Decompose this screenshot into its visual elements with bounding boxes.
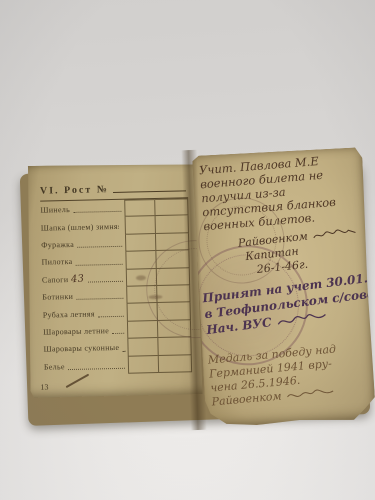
page-number: 13 xyxy=(40,383,48,392)
handwritten-size: 43 xyxy=(71,273,85,285)
handwritten-signature-block: Райвоенком Капитан 26-1-46г. xyxy=(237,224,360,278)
handwritten-medal-note: Медаль за победу над Германией 1941 вру-… xyxy=(207,343,340,410)
section-title: VI. Рост № xyxy=(40,184,109,197)
signature-flourish-icon xyxy=(285,386,336,402)
handwritten-registration-note: Принят на учет 30.01.46 в Теофипольском … xyxy=(202,267,375,338)
table-row: Белье xyxy=(44,355,192,376)
clothing-size-table: Шинель Шапка (шлем) зимняя Фуражка Пилот… xyxy=(40,198,192,375)
pen-slash-mark xyxy=(66,373,89,387)
right-page: Учит. Павлова М.Е военного билета не пол… xyxy=(192,147,375,428)
header-blank-line xyxy=(113,190,186,193)
left-page: VI. Рост № Шинель Шапка (шлем) зимняя Фу… xyxy=(25,162,202,398)
handwritten-note-no-id-issued: Учит. Павлова М.Е военного билета не пол… xyxy=(199,153,338,233)
photo-background: VI. Рост № Шинель Шапка (шлем) зимняя Фу… xyxy=(0,0,375,500)
